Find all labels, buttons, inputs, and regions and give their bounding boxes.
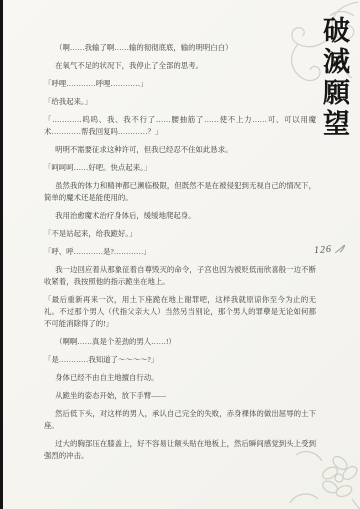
page-number-flourish-icon <box>334 244 347 255</box>
paragraph: 「最后重新再来一次，用土下座跪在地上谢罪吧，这样我就原谅你至今为止的无礼。不过那… <box>44 294 316 330</box>
paragraph: 在氧气不足的状况下，我停止了全部的思考。 <box>44 60 316 72</box>
paragraph: 过大的胸部压在膝盖上，好不容易让额头贴在地板上，然后瞬间感觉到头上受到强烈的冲击… <box>44 438 316 462</box>
body-text: （啊……我输了啊……输的彻彻底底，输的明明白白） 在氧气不足的状况下，我停止了全… <box>44 42 316 468</box>
paragraph: 身体已经不由自主地擅自行动。 <box>44 372 316 384</box>
paragraph: 「呵呵呵……好吧。快点起来。」 <box>44 162 316 174</box>
paragraph: 「呼哩…………呼哩…………」 <box>44 78 316 90</box>
paragraph: 「给我起来。」 <box>44 96 316 108</box>
page-number-value: 126 <box>314 244 333 256</box>
paragraph: （啊……我输了啊……输的彻彻底底，输的明明白白） <box>44 42 316 54</box>
scanned-book-page: 破滅願望 126 （啊……我输了啊……输的彻彻底底，输的明明白白） 在氧气不足的… <box>0 0 360 509</box>
scan-edge-strip <box>0 0 3 509</box>
paragraph: 我用治愈魔术治疗身体后，缓缓地爬起身。 <box>44 210 316 222</box>
paragraph: 「呼、呼…………是?…………」 <box>44 246 316 258</box>
page-number: 126 <box>314 243 347 256</box>
paragraph: 我一边回应着从那象征着自尊毁灭的命令，子宫也因为被贬低而欣喜般一边不断收紧着，我… <box>44 264 316 288</box>
paragraph: 虽然我的体力和精神都已濒临极限，但既然不是在被侵犯到无视自己的情况下，简单的魔术… <box>44 180 316 204</box>
paragraph: 从跪坐的姿态开始，放下手臂—— <box>44 390 316 402</box>
paragraph: 「不是站起来，给我跪好。」 <box>44 228 316 240</box>
chapter-title-vertical: 破滅願望 <box>315 16 354 166</box>
paragraph: （啊啊……真是个差劲的男人……!） <box>44 336 316 348</box>
paragraph: 「…………呜呜、我、我不行了……腰抽筋了……使不上力……可、可以用魔术…………帮… <box>44 114 316 138</box>
paragraph: 明明不需要征求这种许可，但我已经忍不住如此恳求。 <box>44 144 316 156</box>
paragraph: 然后低下头，对这样的男人，承认自己完全的失败，赤身裸体的做出屈辱的土下座。 <box>44 408 316 432</box>
paragraph: 「是…………我知道了～～～～?」 <box>44 354 316 366</box>
